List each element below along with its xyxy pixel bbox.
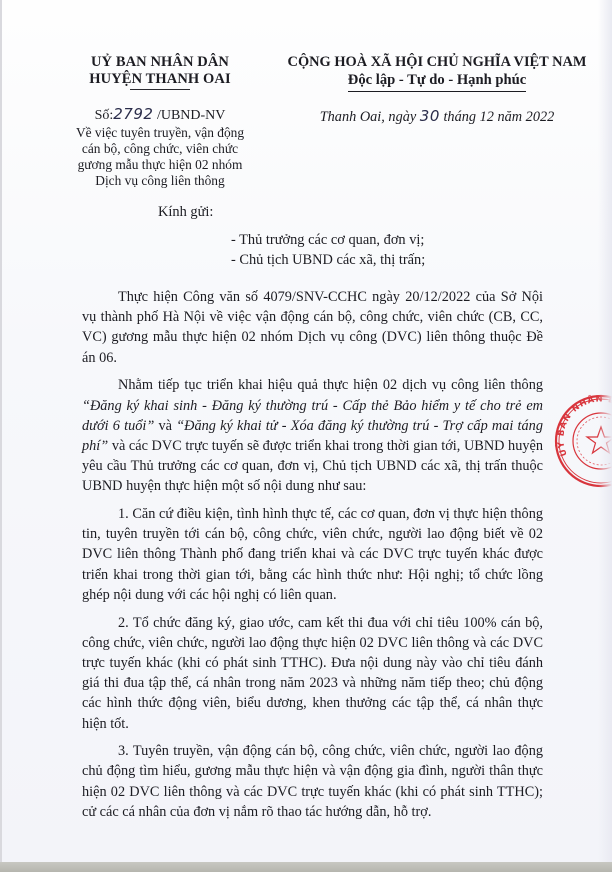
paragraph-reference: Thực hiện Công văn số 4079/SNV-CCHC ngày… xyxy=(82,287,543,368)
subject-line: Dịch vụ công liên thông xyxy=(62,173,258,189)
svg-text:UỶ BAN NHÂN DÂN HUYỆN: UỶ BAN NHÂN DÂN HUYỆN xyxy=(553,393,612,457)
document-body: Thực hiện Công văn số 4079/SNV-CCHC ngày… xyxy=(82,287,543,830)
recipient-item: - Thủ trưởng các cơ quan, đơn vị; xyxy=(231,230,425,250)
national-title: CỘNG HOÀ XÃ HỘI CHỦ NGHĨA VIỆT NAM xyxy=(262,54,612,71)
subject-line: Về việc tuyên truyền, vận động xyxy=(62,125,258,141)
document-page: UỶ BAN NHÂN DÂN HUYỆN THANH OAI Số:2792 … xyxy=(0,0,612,862)
recipient-item: - Chủ tịch UBND các xã, thị trấn; xyxy=(231,250,425,270)
paragraph-purpose: Nhằm tiếp tục triển khai hiệu quả thực h… xyxy=(82,375,543,496)
official-seal-icon: UỶ BAN NHÂN DÂN HUYỆN xyxy=(553,393,612,489)
document-subject: Về việc tuyên truyền, vận động cán bộ, c… xyxy=(62,125,258,189)
page-edge xyxy=(0,0,2,862)
paragraph-item-1: 1. Căn cứ điều kiện, tình hình thực tế, … xyxy=(82,504,543,605)
purpose-text-c: và các DVC trực tuyến sẽ được triển khai… xyxy=(82,438,543,494)
subject-line: gương mẫu thực hiện 02 nhóm xyxy=(62,157,258,173)
purpose-text-b: và xyxy=(154,418,176,434)
seal-text: UỶ BAN NHÂN DÂN HUYỆN xyxy=(553,393,612,457)
agency-line-1: UỶ BAN NHÂN DÂN xyxy=(62,54,258,71)
paragraph-item-2: 2. Tổ chức đăng ký, giao ước, cam kết th… xyxy=(82,613,543,734)
scan-bottom-edge xyxy=(0,862,612,872)
agency-underline xyxy=(130,89,190,90)
place-date: Thanh Oai, ngày 30 tháng 12 năm 2022 xyxy=(262,108,612,126)
purpose-text-a: Nhằm tiếp tục triển khai hiệu quả thực h… xyxy=(118,377,543,393)
recipient-list: - Thủ trưởng các cơ quan, đơn vị; - Chủ … xyxy=(231,230,425,270)
number-handwritten: 2792 xyxy=(113,105,153,123)
number-prefix: Số: xyxy=(95,108,114,123)
subject-line: cán bộ, công chức, viên chức xyxy=(62,141,258,157)
paragraph-item-3: 3. Tuyên truyền, vận động cán bộ, công c… xyxy=(82,741,543,822)
day-handwritten: 30 xyxy=(420,107,440,125)
document-number: Số:2792 /UBND-NV xyxy=(62,106,258,124)
agency-line-2: HUYỆN THANH OAI xyxy=(62,71,258,88)
national-header-block: CỘNG HOÀ XÃ HỘI CHỦ NGHĨA VIỆT NAM Độc l… xyxy=(262,54,612,126)
salutation: Kính gửi: xyxy=(158,204,213,221)
place-date-suffix: tháng 12 năm 2022 xyxy=(440,109,554,125)
national-motto: Độc lập - Tự do - Hạnh phúc xyxy=(348,72,526,92)
issuing-agency-block: UỶ BAN NHÂN DÂN HUYỆN THANH OAI Số:2792 … xyxy=(62,54,258,189)
place-date-prefix: Thanh Oai, ngày xyxy=(320,109,420,125)
number-suffix: /UBND-NV xyxy=(153,108,225,123)
